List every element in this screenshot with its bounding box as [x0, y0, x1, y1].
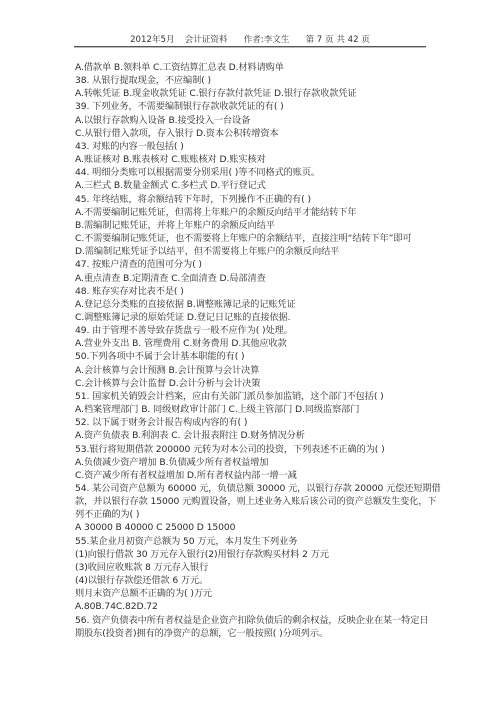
text-line: C.会计核算与会计监督 D.会计分析与会计决策 [75, 377, 435, 390]
question-54: 54. 某公司资产总额为 60000 元，负债总额 30000 元，以银行存款 … [75, 482, 435, 495]
document-page: 2012年5月会计证资料作者:李文生第 7 页 共 42 页 A.借款单 B.领… [0, 0, 500, 707]
page-header: 2012年5月会计证资料作者:李文生第 7 页 共 42 页 [74, 33, 426, 47]
question-44: 44. 明细分类账可以根据需要分别采用( )等不同格式的账页。 [75, 166, 435, 179]
question-48: 48. 账存实存对比表不是( ) [75, 285, 435, 298]
text-line: A.资产负债表 B.利润表 C. 会计报表附注 D.财务情况分析 [75, 429, 435, 442]
text-line: A 30000 B 40000 C 25000 D 15000 [75, 521, 435, 534]
text-line: 期股东(投资者)拥有的净资产的总额，它一般按照( )分项列示。 [75, 627, 435, 640]
text-line: A.账证核对 B.账表核对 C.账账核对 D.账实核对 [75, 153, 435, 166]
question-45: 45. 年终结账，将余额结转下年时，下列操作不正确的有( ) [75, 193, 435, 206]
text-line: C.从银行借入款项，存入银行 D.资本公积转增资本 [75, 127, 435, 140]
question-50: 50.下列各项中不属于会计基本职能的有( ) [75, 350, 435, 363]
text-line: A.营业外支出 B. 管理费用 C.财务费用 D.其他应收款 [75, 337, 435, 350]
header-page-info: 第 7 页 共 42 页 [305, 33, 369, 47]
text-line: 列不正确的为( ) [75, 508, 435, 521]
text-line: A.会计核算与会计预测 B.会计预算与会计决算 [75, 364, 435, 377]
text-line: C.资产减少所有者权益增加 D.所有者权益内部一增一减 [75, 469, 435, 482]
text-line: A.三栏式 B.数量金额式 C.多栏式 D.平行登记式 [75, 179, 435, 192]
header-title: 会计证资料 [185, 33, 228, 47]
text-line: A.转帐凭证 B.现金收款凭证 C.银行存款付款凭证 D.银行存款收款凭证 [75, 87, 435, 100]
text-line: A.借款单 B.领料单 C.工资结算汇总表 D.材料请购单 [75, 61, 435, 74]
header-author: 李文生 [264, 33, 290, 47]
document-body: A.借款单 B.领料单 C.工资结算汇总表 D.材料请购单 38. 从银行提取现… [75, 61, 435, 640]
text-line: A.负债减少资产增加 B.负债减少所有者权益增加 [75, 456, 435, 469]
question-55: 55.某企业月初资产总额为 50 万元，本月发生下列业务 [75, 535, 435, 548]
text-line: (3)收回应收账款 8 万元存入银行 [75, 561, 435, 574]
header-divider [74, 46, 426, 48]
text-line: (4)以银行存款偿还借款 6 万元。 [75, 574, 435, 587]
question-38: 38. 从银行提取现金，不应编制( ) [75, 74, 435, 87]
question-53: 53.银行将短期借款 200000 元转为对本公司的投资，下列表述不正确的为( … [75, 443, 435, 456]
text-line: C.调整账簿记录的原始凭证 D.登记日记账的直接依据. [75, 311, 435, 324]
question-49: 49. 由于管理不善导致存货盘亏一般不应作为( )处理。 [75, 324, 435, 337]
text-line: A.80B.74C.82D.72 [75, 600, 435, 613]
question-52: 52. 以下属于财务会计报告构成内容的有( ) [75, 416, 435, 429]
header-author-label: 作者: [244, 33, 264, 47]
text-line: A.重点清查 B.定期清查 C.全面清查 D.局部清查 [75, 272, 435, 285]
question-51: 51. 国家机关销毁会计档案，应由有关部门派员参加监销，这个部门不包括( ) [75, 390, 435, 403]
question-39: 39. 下列业务，不需要编制银行存款收款凭证的有( ) [75, 100, 435, 113]
text-line: C.不需要编制记账凭证，也不需要将上年账户的余额结平，直接注明“结转下年”即可 [75, 232, 435, 245]
text-line: (1)向银行借款 30 万元存入银行(2)用银行存款购买材料 2 万元 [75, 548, 435, 561]
text-line: A.不需要编制记账凭证，但需将上年账户的余额反向结平才能结转下年 [75, 206, 435, 219]
text-line: A.以银行存款购入设备 B.接受投入一台设备 [75, 114, 435, 127]
text-line: A.档案管理部门 B. 同级财政审计部门 C.上级主管部门 D.同级监察部门 [75, 403, 435, 416]
text-line: B.需编制记账凭证，并将上年账户的余额反向结平 [75, 219, 435, 232]
text-line: A.登记总分类账的直接依据 B.调整账簿记录的记账凭证 [75, 298, 435, 311]
question-47: 47. 按账户清查的范围可分为( ) [75, 258, 435, 271]
text-line: 则月末资产总额不正确的为( )万元 [75, 587, 435, 600]
text-line: D.需编制记账凭证予以结平，但不需要将上年账户的余额反向结平 [75, 245, 435, 258]
text-line: 款，并以银行存款 15000 元购置设备，则上述业务入账后该公司的资产总额发生变… [75, 495, 435, 508]
question-43: 43. 对账的内容一般包括( ) [75, 140, 435, 153]
header-date: 2012年5月 [130, 33, 175, 47]
question-56: 56. 资产负债表中所有者权益是企业资产扣除负债后的剩余权益，反映企业在某一特定… [75, 614, 435, 627]
